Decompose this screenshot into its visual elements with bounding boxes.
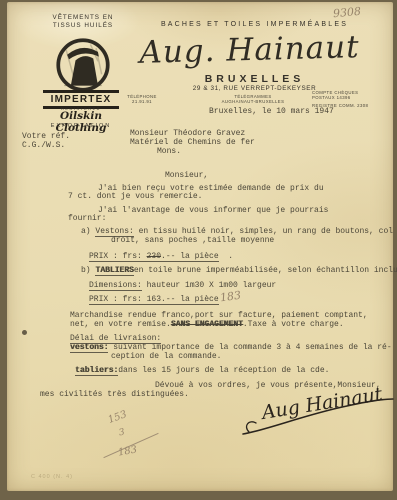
printer-mark: C 400 (N. 4) [31, 474, 73, 480]
body-line-p1-2: 7 ct. dont je vous remercie. [68, 192, 202, 201]
phone-block: TÉLÉPHONE 21.91.91 [123, 94, 161, 104]
body-line-p2-2: fournir: [68, 214, 106, 223]
impertex-label: IMPERTEX [43, 93, 119, 106]
ink-dot [22, 330, 27, 335]
recipient-org: Matériel de Chemins de fer [130, 138, 255, 147]
oilskin-fisherman-logo [55, 37, 111, 93]
letter-paper: 9308 VÊTEMENTS EN TISSUS HUILÉS IMPERTEX… [7, 2, 393, 491]
company-name: Aug. Hainaut [137, 29, 363, 71]
closing-line2: mes civilités très distinguées. [40, 390, 189, 399]
telegrams-address: AUGHAINAUT-BRUXELLES [203, 99, 303, 104]
pencil-calc-mid: 3 [118, 428, 126, 439]
item-b-line: b) TABLIERSen toile brune imperméabilisé… [81, 266, 397, 275]
accounts-block: COMPTE CHÈQUES POSTAUX 14396 REGISTRE CO… [312, 90, 376, 108]
postaux-number: POSTAUX 14396 [312, 95, 376, 100]
exportation-label: EXPORTATION [43, 123, 119, 129]
pencil-calc-top: 153 [107, 409, 129, 426]
pencil-price-correction: 183 [219, 289, 242, 305]
signature-text: Aug Hainaut [258, 388, 384, 424]
telegrams-block: TÉLÉGRAMMES AUGHAINAUT-BRUXELLES [203, 94, 303, 104]
terms-line1: Marchandise rendue franco,port sur factu… [70, 311, 368, 320]
brand-tagline-line2: TISSUS HUILÉS [35, 22, 131, 29]
item-a-line2: droit, sans poches ,taille moyenne [111, 236, 274, 245]
recipient-name: Monsieur Théodore Gravez [130, 129, 245, 138]
reference-value: C.G./W.S. [22, 141, 65, 150]
date-line: Bruxelles, le 10 mars 1947 [209, 107, 334, 116]
price-line-b: PRIX : frs: 163.-- la pièce [89, 295, 219, 304]
pencil-calc-bottom: 183 [117, 444, 138, 458]
letterhead-tagline: BACHES ET TOILES IMPERMÉABLES [147, 21, 362, 28]
item-a-line1: a) Vestons: en tissu huilé noir, simples… [81, 227, 393, 236]
delay-tabliers-line: tabliers:dans les 15 jours de la récepti… [75, 366, 329, 375]
recipient-city: Mons. [157, 147, 181, 156]
pencil-top-number: 9308 [332, 5, 361, 20]
signature-script: Aug Hainaut [237, 388, 397, 444]
body-line-p2-1: J'ai l'avantage de vous informer que je … [98, 206, 328, 215]
phone-number: 21.91.91 [123, 99, 161, 104]
salutation: Monsieur, [165, 171, 208, 180]
price-line-a: PRIX : frs: 230.-- la pièce . [89, 252, 233, 261]
scanned-letter: { "letterhead": { "tagline": "BACHES ET … [0, 0, 397, 500]
company-city: BRUXELLES [177, 73, 332, 85]
oilskin-clothing-script: Oilskin Clothing [37, 110, 125, 134]
terms-line2: net, en votre remise.SANS ENGAGEMENT.Tax… [70, 320, 344, 329]
delay-vestons-line2: ception de la commande. [111, 352, 221, 361]
struck-price-230: 230 [147, 252, 161, 261]
delay-heading: Délai de livraison: [70, 334, 161, 343]
tabliers-heading: TABLIERS [95, 266, 133, 276]
fisherman-coat [71, 56, 98, 85]
dimensions-line: Dimensions: hauteur 1m30 X 1m00 largeur [89, 281, 276, 290]
delay-vestons-line1: vestons: suivant importance de la comman… [70, 343, 392, 352]
struck-sans-engagement: SANS ENGAGEMENT [171, 320, 243, 329]
reference-label: Votre réf. [22, 132, 70, 141]
brand-tagline-line1: VÊTEMENTS EN [35, 14, 131, 21]
company-address: 29 & 31, RUE VERREPT-DEKEYSER [177, 85, 332, 92]
